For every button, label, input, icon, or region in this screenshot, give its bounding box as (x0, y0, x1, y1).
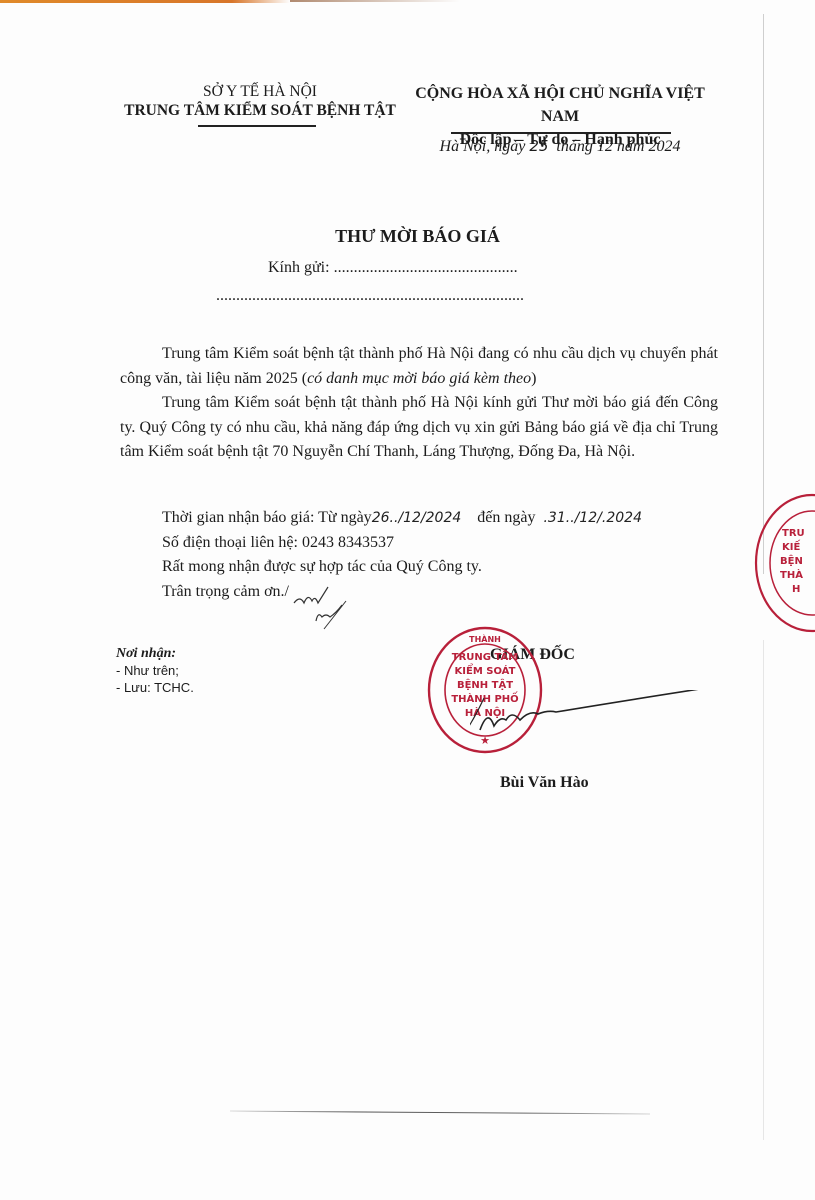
agency-name: TRUNG TÂM KIỂM SOÁT BỆNH TẬT (110, 101, 410, 120)
handwritten-initial-icon (290, 585, 370, 635)
date-prefix: Hà Nội, ngày (440, 138, 526, 155)
letter-body: Trung tâm Kiểm soát bệnh tật thành phố H… (120, 342, 718, 465)
motto-underline (451, 132, 671, 134)
thanks-line: Trân trọng cảm ơn./ (162, 580, 642, 605)
paragraph-1: Trung tâm Kiểm soát bệnh tật thành phố H… (120, 342, 718, 391)
svg-text:KIẾ: KIẾ (782, 538, 800, 553)
recipient-blank: ........................................… (334, 259, 518, 276)
date-year: 2024 (648, 138, 680, 155)
from-date-handwritten: 26../12/2024 (372, 510, 462, 526)
contact-phone: Số điện thoại liên hệ: 0243 8343537 (162, 531, 642, 556)
svg-text:THÀ: THÀ (780, 568, 803, 581)
year-label: năm (617, 138, 645, 155)
quote-period: Thời gian nhận báo giá: Từ ngày26../12/2… (162, 506, 642, 531)
svg-text:TRU: TRU (782, 528, 805, 539)
month-label: tháng (556, 138, 592, 155)
cooperation-line: Rất mong nhận được sự hợp tác của Quý Cô… (162, 555, 642, 580)
svg-text:BỆN: BỆN (780, 554, 803, 567)
signer-name: Bùi Văn Hào (500, 774, 589, 792)
agency-underline (198, 125, 316, 127)
recipient-item: - Như trên; (116, 662, 194, 679)
issuing-agency: SỞ Y TẾ HÀ NỘI TRUNG TÂM KIỂM SOÁT BỆNH … (110, 82, 410, 120)
document-title: THƯ MỜI BÁO GIÁ (0, 226, 815, 247)
recipients-title: Nơi nhận: (116, 645, 194, 662)
scan-artifact-line (230, 1111, 650, 1115)
recipient-blank-2: ........................................… (216, 287, 524, 305)
letter-details: Thời gian nhận báo giá: Từ ngày26../12/2… (162, 506, 642, 604)
recipient-item: - Lưu: TCHC. (116, 679, 194, 696)
scan-edge-bar (0, 0, 290, 3)
date-month: 12 (597, 138, 613, 155)
recipients-block: Nơi nhận: - Như trên; - Lưu: TCHC. (116, 645, 194, 696)
recipient-label: Kính gửi: (268, 259, 330, 276)
svg-text:TRUNG TÂM: TRUNG TÂM (452, 650, 518, 663)
country-name: CỘNG HÒA XÃ HỘI CHỦ NGHĨA VIỆT NAM (395, 82, 725, 128)
signature-icon (470, 690, 720, 750)
date-day-handwritten: 25 (529, 137, 548, 155)
paragraph-2: Trung tâm Kiểm soát bệnh tật thành phố H… (120, 391, 718, 465)
svg-text:THÀNH: THÀNH (469, 633, 501, 644)
agency-parent: SỞ Y TẾ HÀ NỘI (110, 82, 410, 101)
recipient-line: Kính gửi: ..............................… (268, 259, 518, 277)
to-date-handwritten: .31../12/.2024 (543, 510, 642, 526)
page-edge-line (763, 640, 764, 1140)
svg-text:H: H (792, 584, 800, 595)
scan-edge-bar (290, 0, 460, 2)
document-date: Hà Nội, ngày 25 tháng 12 năm 2024 (395, 137, 725, 156)
edge-stamp-icon: TRU KIẾ BỆN THÀ H (752, 488, 815, 638)
svg-text:KIỂM SOÁT: KIỂM SOÁT (455, 662, 516, 677)
